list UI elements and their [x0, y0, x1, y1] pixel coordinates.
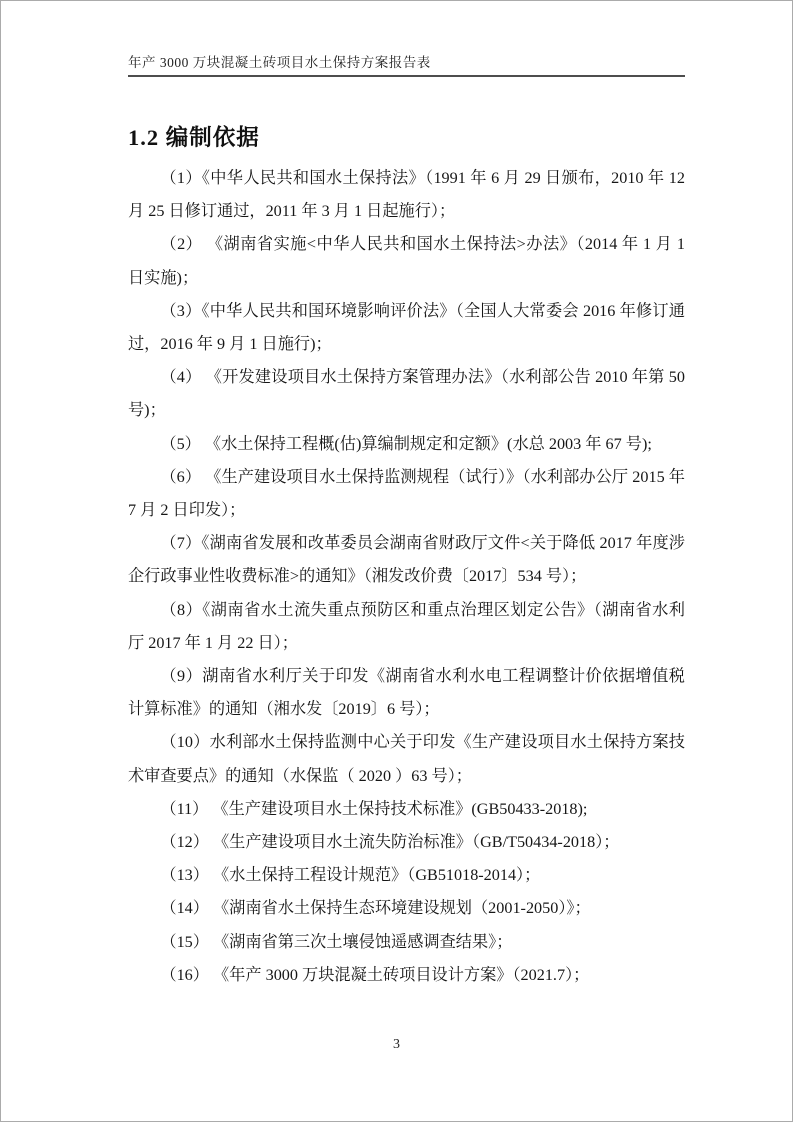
paragraph-list: （1）《中华人民共和国水土保持法》（1991 年 6 月 29 日颁布，2010…: [128, 162, 685, 992]
paragraph-item: （1）《中华人民共和国水土保持法》（1991 年 6 月 29 日颁布，2010…: [128, 162, 685, 228]
paragraph-item: （12） 《生产建设项目水土流失防治标准》（GB/T50434-2018）；: [128, 826, 685, 859]
paragraph-item: （13） 《水土保持工程设计规范》（GB51018-2014）；: [128, 859, 685, 892]
paragraph-item: （11） 《生产建设项目水土保持技术标准》(GB50433-2018);: [128, 793, 685, 826]
page-header-title: 年产 3000 万块混凝土砖项目水土保持方案报告表: [128, 51, 685, 77]
paragraph-item: （5） 《水土保持工程概(估)算编制规定和定额》(水总 2003 年 67 号)…: [128, 428, 685, 461]
paragraph-item: （8）《湖南省水土流失重点预防区和重点治理区划定公告》（湖南省水利厅 2017 …: [128, 594, 685, 660]
paragraph-item: （14） 《湖南省水土保持生态环境建设规划（2001-2050）》；: [128, 892, 685, 925]
section-heading: 1.2 编制依据: [128, 120, 260, 152]
document-page: 年产 3000 万块混凝土砖项目水土保持方案报告表 1.2 编制依据 （1）《中…: [0, 0, 793, 1122]
paragraph-item: （6） 《生产建设项目水土保持监测规程（试行）》（水利部办公厅 2015 年 7…: [128, 461, 685, 527]
paragraph-item: （16） 《年产 3000 万块混凝土砖项目设计方案》（2021.7）；: [128, 959, 685, 992]
paragraph-item: （15） 《湖南省第三次土壤侵蚀遥感调查结果》；: [128, 926, 685, 959]
page-number: 3: [1, 1037, 792, 1053]
paragraph-item: （9）湖南省水利厅关于印发《湖南省水利水电工程调整计价依据增值税计算标准》的通知…: [128, 660, 685, 726]
paragraph-item: （7）《湖南省发展和改革委员会湖南省财政厅文件<关于降低 2017 年度涉企行政…: [128, 527, 685, 593]
paragraph-item: （3）《中华人民共和国环境影响评价法》（全国人大常委会 2016 年修订通过，2…: [128, 295, 685, 361]
paragraph-item: （2） 《湖南省实施<中华人民共和国水土保持法>办法》（2014 年 1 月 1…: [128, 228, 685, 294]
paragraph-item: （4） 《开发建设项目水土保持方案管理办法》（水利部公告 2010 年第 50 …: [128, 361, 685, 427]
paragraph-item: （10）水利部水土保持监测中心关于印发《生产建设项目水土保持方案技术审查要点》的…: [128, 726, 685, 792]
